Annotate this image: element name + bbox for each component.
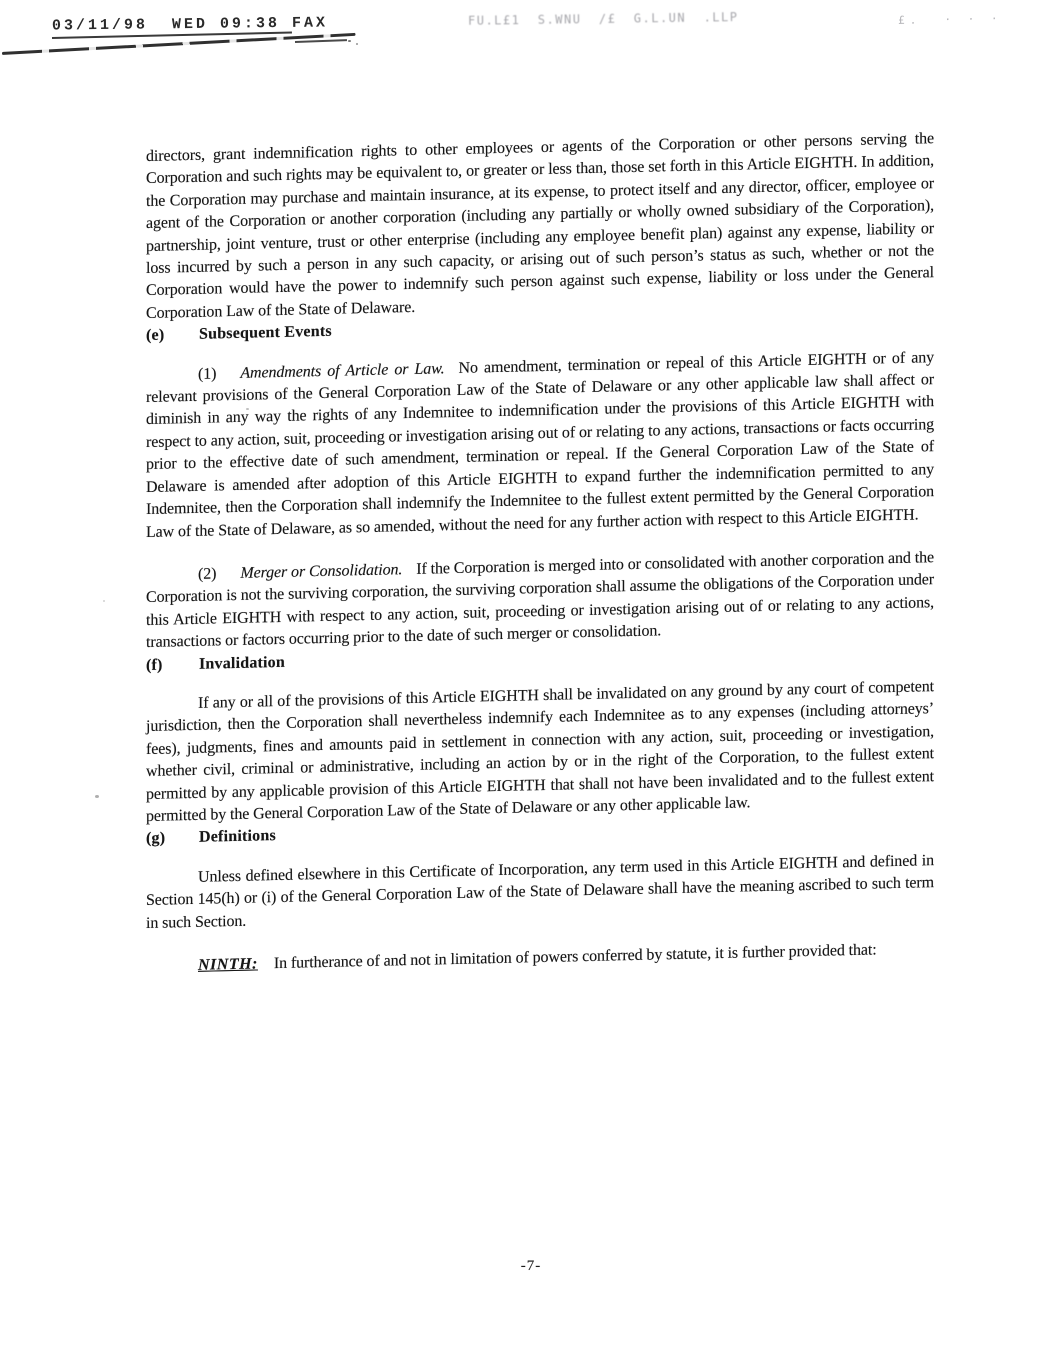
fax-corner-marks: £. · · · — [898, 12, 1003, 27]
scanned-fax-page: 03/11/98 WED 09:38 FAX FU.L£1 S.WNU /£ G… — [0, 0, 1062, 1365]
ninth-body: In furtherance of and not in limitation … — [274, 941, 877, 972]
invalidation-paragraph: If any or all of the provisions of this … — [146, 676, 934, 828]
subsection-lead: Merger or Consolidation. — [240, 561, 402, 582]
fax-sender-illegible: FU.L£1 S.WNU /£ G.L.UN .LLP — [468, 10, 728, 28]
scan-speck — [95, 795, 99, 798]
page-number: -7- — [0, 1258, 1062, 1275]
subsection-lead: Amendments of Article or Law. — [240, 360, 444, 382]
section-marker: (g) — [146, 828, 172, 851]
header-underline-short — [295, 39, 347, 43]
section-marker: (e) — [146, 325, 172, 348]
section-marker: (f) — [146, 654, 172, 677]
intro-paragraph: directors, grant indemnification rights … — [146, 128, 934, 325]
document-body: directors, grant indemnification rights … — [146, 128, 934, 978]
scan-speck — [246, 408, 249, 410]
definitions-paragraph: Unless defined elsewhere in this Certifi… — [146, 850, 934, 935]
subsection-tab — [216, 378, 240, 379]
subsection-marker: (1) — [198, 365, 216, 382]
subsection-marker: (2) — [198, 565, 216, 582]
ninth-label: NINTH: — [198, 955, 258, 973]
scan-speck — [348, 40, 351, 42]
section-title: Subsequent Events — [199, 321, 332, 346]
scan-speck — [356, 43, 358, 45]
ninth-paragraph: NINTH:In furtherance of and not in limit… — [146, 938, 934, 978]
section-title: Invalidation — [199, 651, 285, 675]
subsection-tab — [216, 578, 240, 579]
section-title: Definitions — [199, 825, 276, 849]
subsection-1-paragraph: (1)Amendments of Article or Law.No amend… — [146, 347, 934, 544]
scan-speck — [103, 600, 105, 602]
